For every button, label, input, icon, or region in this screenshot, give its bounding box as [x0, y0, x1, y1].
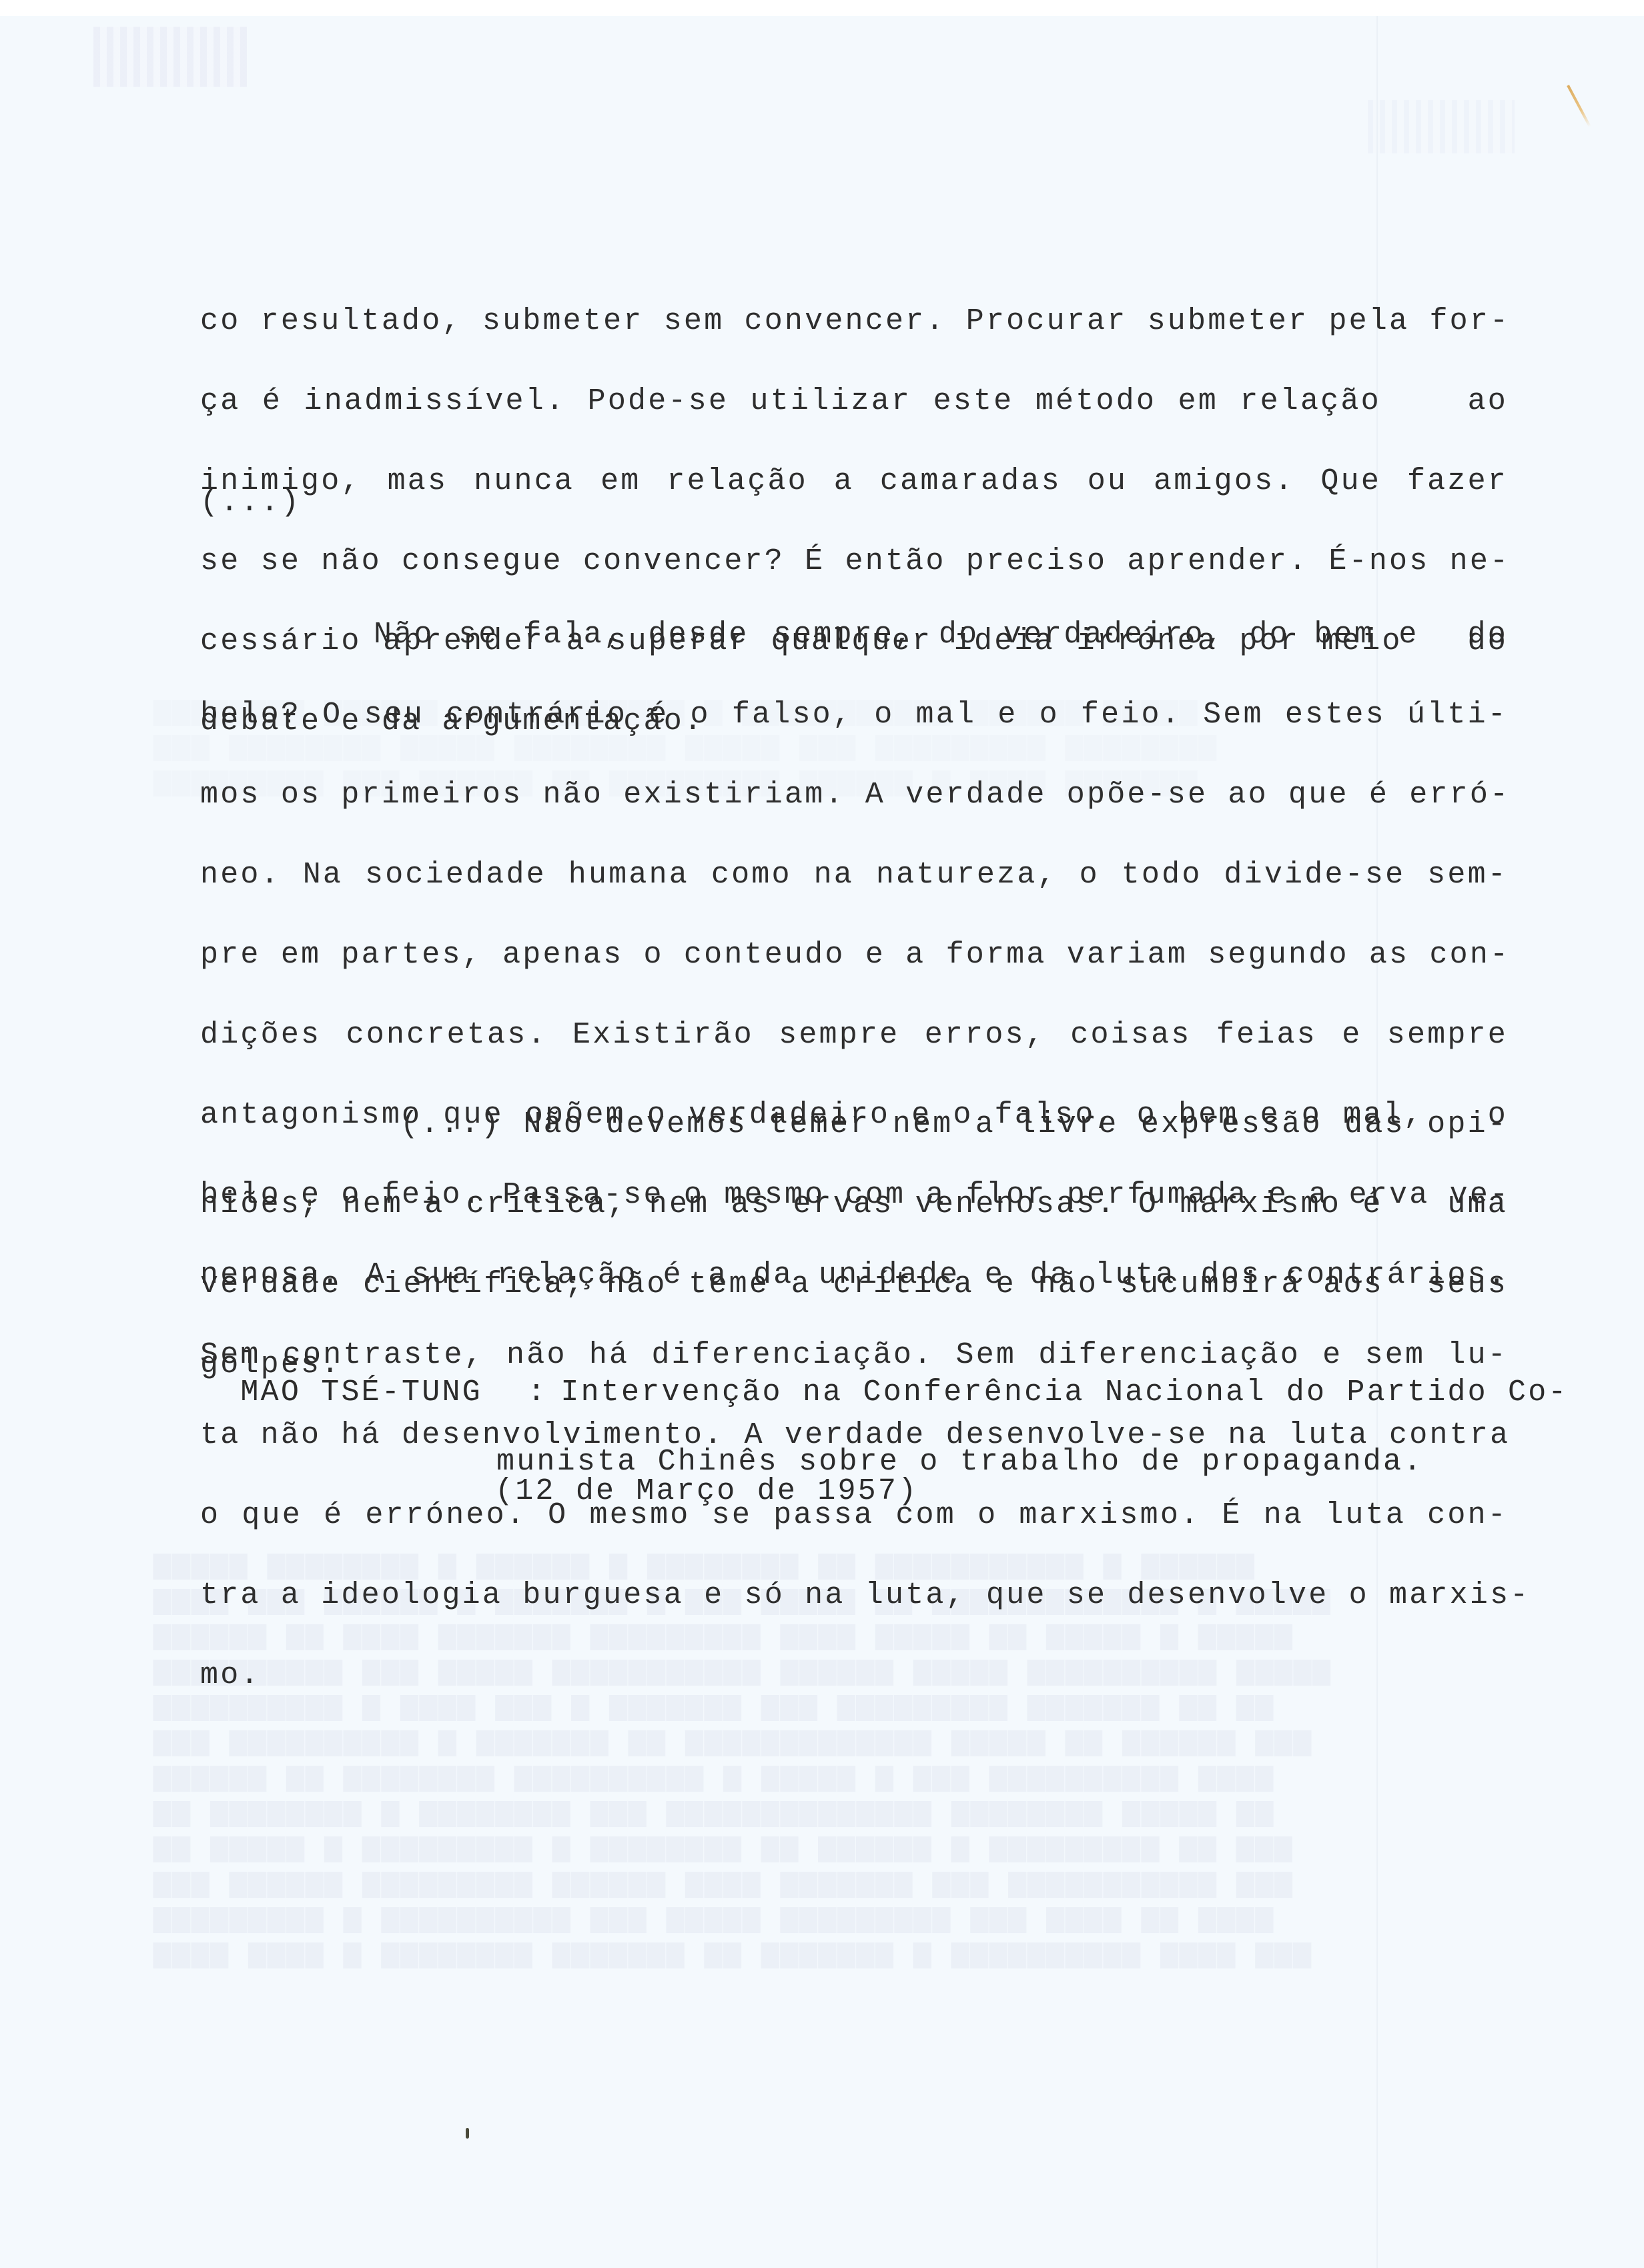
text-line: (...) Não devemos temer nem a livre expr…	[200, 1111, 1508, 1138]
show-through-page-number	[93, 27, 247, 87]
text-line: belo? O seu contrário é o falso, o mal e…	[200, 702, 1508, 728]
text-line: ça é inadmissível. Pode-se utilizar este…	[200, 388, 1508, 415]
text-line: tra a ideologia burguesa e só na luta, q…	[200, 1582, 1508, 1609]
omission-marker: (...)	[200, 486, 301, 520]
show-through-header-mark	[1368, 100, 1515, 153]
text-line: inimigo, mas nunca em relação a camarada…	[200, 468, 1508, 495]
text-line: niões, nem a crítica, nem as ervas venen…	[200, 1191, 1508, 1218]
citation-title-line-1: Intervenção na Conferência Nacional do P…	[560, 1375, 1568, 1409]
citation-author: MAO TSÉ-TUNG	[240, 1375, 527, 1410]
citation-separator: :	[527, 1375, 560, 1410]
text-line: neo. Na sociedade humana como na naturez…	[200, 862, 1508, 889]
staple-rust-mark	[1567, 85, 1591, 127]
text-line: co resultado, submeter sem convencer. Pr…	[200, 308, 1508, 335]
citation-date: (12 de Março de 1957)	[495, 1474, 918, 1508]
text-line: pre em partes, apenas o conteudo e a for…	[200, 942, 1508, 969]
text-line: mo.	[200, 1662, 1508, 1689]
text-line: Não se fala, desde sempre, do verdadeiro…	[200, 622, 1508, 648]
scan-top-edge	[0, 0, 1644, 16]
text-line: verdade científica; não teme a crítica e…	[200, 1271, 1508, 1298]
ink-speck	[466, 2128, 469, 2139]
text-line: mos os primeiros não existiriam. A verda…	[200, 782, 1508, 808]
text-line: dições concretas. Existirão sempre erros…	[200, 1022, 1508, 1049]
